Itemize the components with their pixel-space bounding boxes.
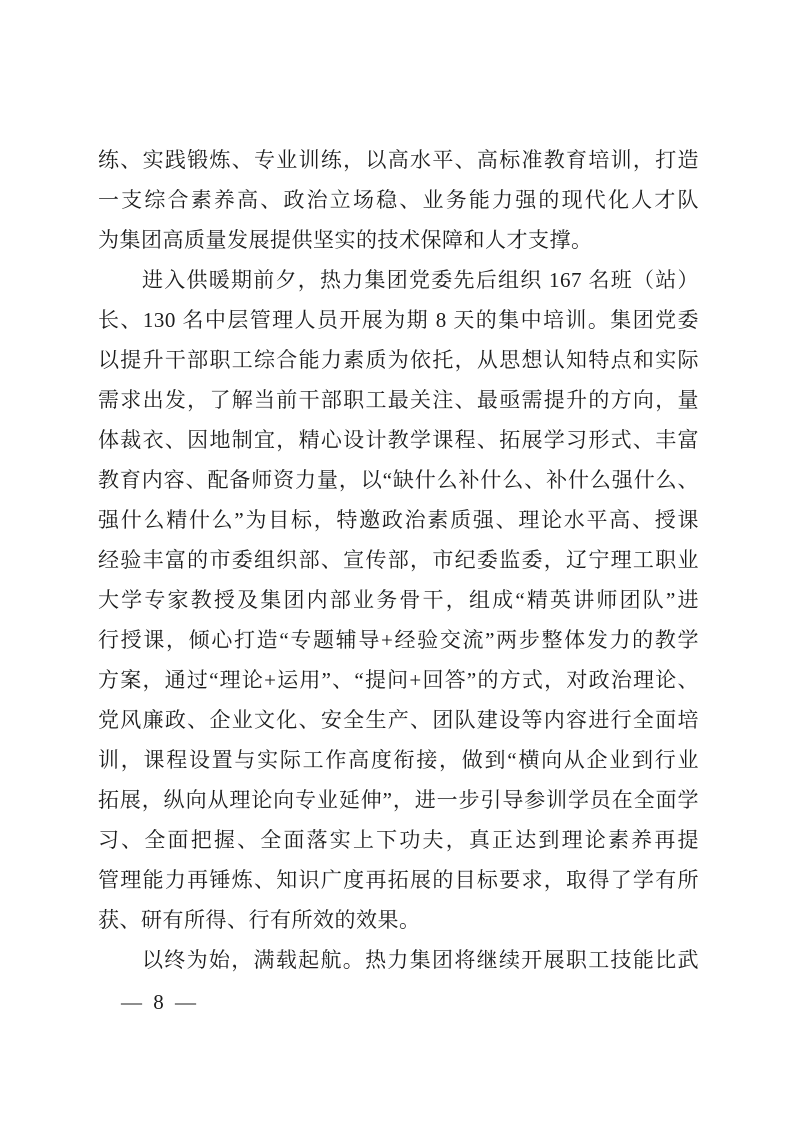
document-page: 练、实践锻炼、专业训练，以高水平、高标准教育培训，打造一支综合素养高、政治立场稳… [0, 0, 794, 1123]
text-line: 大学专家教授及集团内部业务骨干，组成“精英讲师团队”进 [98, 580, 699, 620]
text-line: 长、130 名中层管理人员开展为期 8 天的集中培训。集团党委 [98, 300, 699, 340]
text-line: 方案，通过“理论+运用”、“提问+回答”的方式，对政治理论、 [98, 660, 699, 700]
text-line: 一支综合素养高、政治立场稳、业务能力强的现代化人才队伍， [98, 180, 699, 220]
text-line: 行授课，倾心打造“专题辅导+经验交流”两步整体发力的教学 [98, 620, 699, 660]
text-line: 强什么精什么”为目标，特邀政治素质强、理论水平高、授课 [98, 500, 699, 540]
text-line: 为集团高质量发展提供坚实的技术保障和人才支撑。 [98, 220, 699, 260]
text-line: 需求出发，了解当前干部职工最关注、最亟需提升的方向，量 [98, 380, 699, 420]
text-line: 训，课程设置与实际工作高度衔接，做到“横向从企业到行业 [98, 740, 699, 780]
text-line: 以终为始，满载起航。热力集团将继续开展职工技能比武 [98, 940, 699, 980]
document-body-text: 练、实践锻炼、专业训练，以高水平、高标准教育培训，打造一支综合素养高、政治立场稳… [98, 140, 699, 980]
text-line: 练、实践锻炼、专业训练，以高水平、高标准教育培训，打造 [98, 140, 699, 180]
text-line: 党风廉政、企业文化、安全生产、团队建设等内容进行全面培 [98, 700, 699, 740]
text-line: 拓展，纵向从理论向专业延伸”，进一步引导参训学员在全面学 [98, 780, 699, 820]
text-line: 进入供暖期前夕，热力集团党委先后组织 167 名班（站） [98, 260, 699, 300]
text-line: 获、研有所得、行有所效的效果。 [98, 900, 699, 940]
text-line: 管理能力再锤炼、知识广度再拓展的目标要求，取得了学有所 [98, 860, 699, 900]
text-line: 以提升干部职工综合能力素质为依托，从思想认知特点和实际 [98, 340, 699, 380]
page-number: — 8 — [121, 988, 199, 1016]
text-line: 习、全面把握、全面落实上下功夫，真正达到理论素养再提升、 [98, 820, 699, 860]
text-line: 体裁衣、因地制宜，精心设计教学课程、拓展学习形式、丰富 [98, 420, 699, 460]
text-line: 经验丰富的市委组织部、宣传部，市纪委监委，辽宁理工职业 [98, 540, 699, 580]
text-line: 教育内容、配备师资力量，以“缺什么补什么、补什么强什么、 [98, 460, 699, 500]
